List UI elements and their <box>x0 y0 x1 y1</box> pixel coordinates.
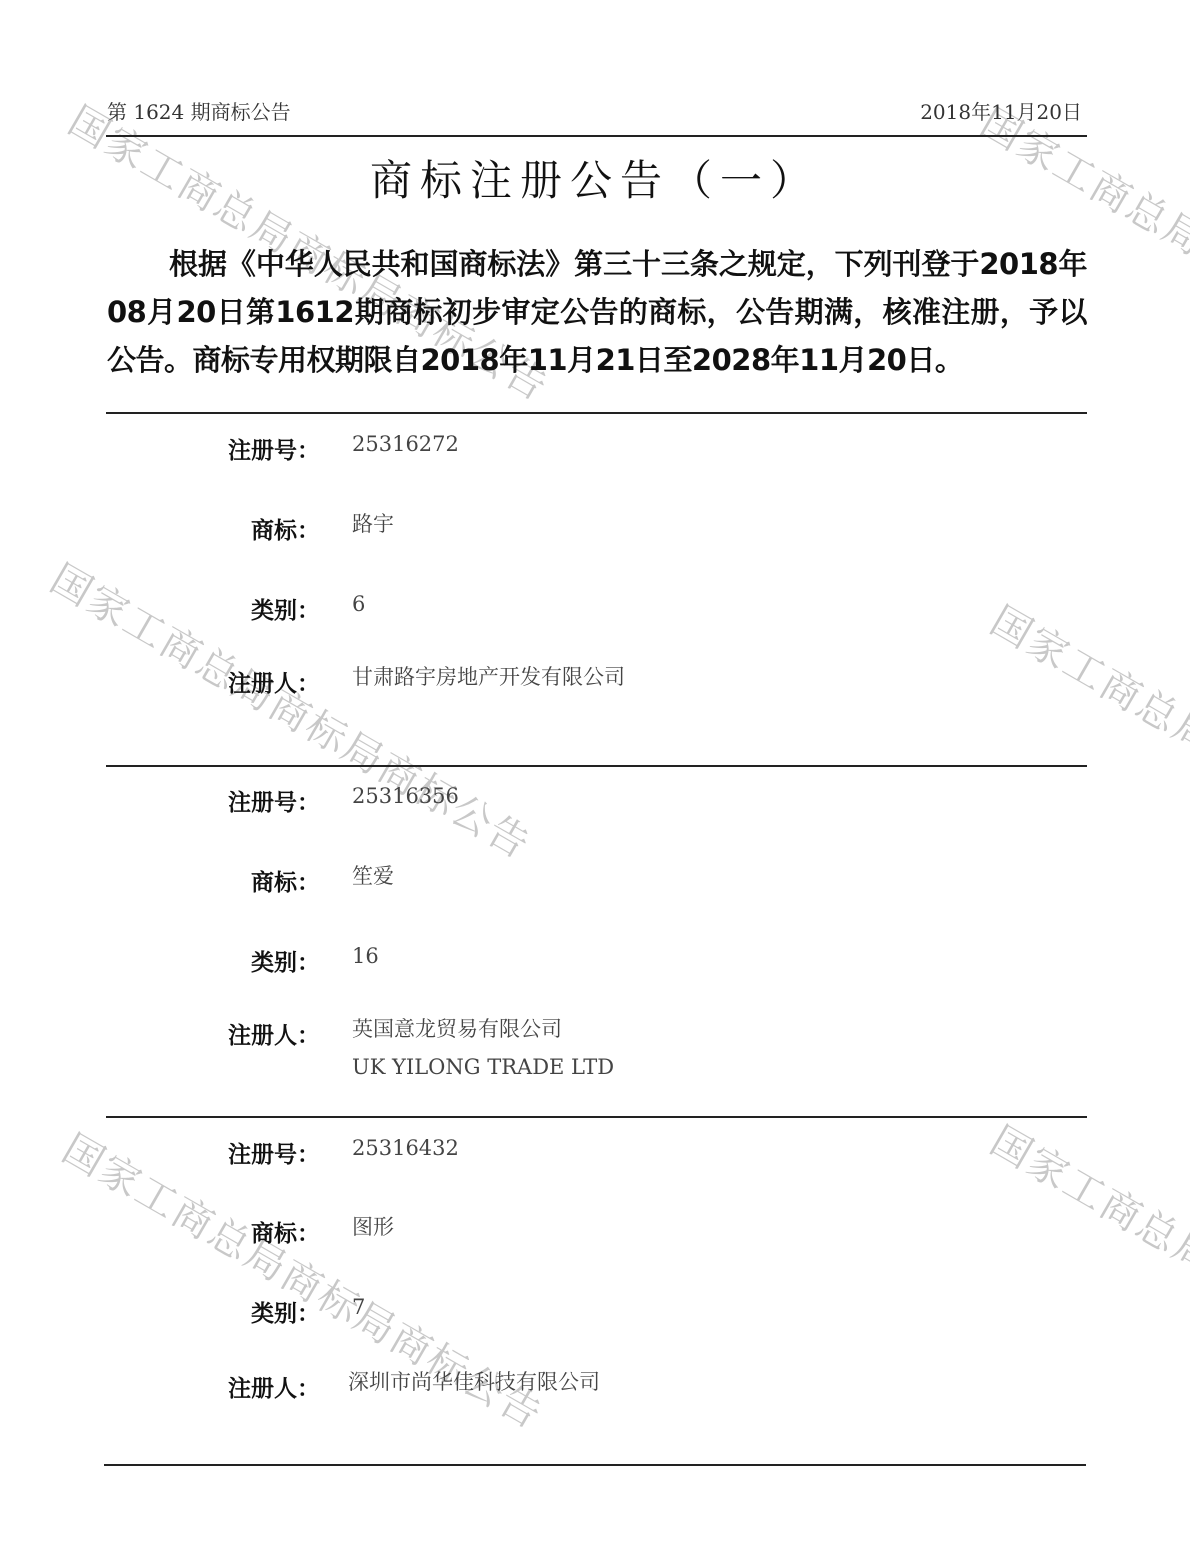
registrant-label: 注册人： <box>228 665 320 698</box>
class-label: 类别： <box>251 592 320 625</box>
mark-value: 笙爱 <box>352 858 394 894</box>
mark-label: 商标： <box>251 864 320 897</box>
class-label: 类别： <box>251 944 320 977</box>
class-value: 16 <box>352 938 379 974</box>
registrant-en-value: UK YILONG TRADE LTD <box>352 1049 614 1085</box>
class-value: 6 <box>352 586 365 622</box>
reg-no-value: 25316432 <box>352 1130 459 1166</box>
reg-no-value: 25316356 <box>352 778 459 814</box>
reg-no-value: 25316272 <box>352 426 459 462</box>
mark-value: 图形 <box>352 1209 394 1245</box>
header-divider <box>106 135 1087 137</box>
reg-no-label: 注册号： <box>228 1136 320 1169</box>
publication-date: 2018年11月20日 <box>920 96 1082 125</box>
registrant-label: 注册人： <box>228 1017 320 1050</box>
reg-no-label: 注册号： <box>228 784 320 817</box>
record-divider <box>104 1464 1086 1466</box>
record-divider <box>106 1116 1087 1118</box>
registrant-value: 英国意龙贸易有限公司 <box>352 1011 562 1047</box>
mark-label: 商标： <box>251 512 320 545</box>
registrant-value: 甘肃路宇房地产开发有限公司 <box>352 659 625 695</box>
class-label: 类别： <box>251 1295 320 1328</box>
issue-number: 第 1624 期商标公告 <box>107 96 291 125</box>
watermark: 国家工商总局商标局商标公告 <box>982 1110 1190 1432</box>
intro-paragraph: 根据《中华人民共和国商标法》第三十三条之规定，下列刊登于2018年08月20日第… <box>107 240 1087 384</box>
registrant-value: 深圳市尚华佳科技有限公司 <box>348 1364 600 1400</box>
reg-no-label: 注册号： <box>228 432 320 465</box>
page-title: 商标注册公告（一） <box>0 148 1190 208</box>
mark-label: 商标： <box>251 1215 320 1248</box>
watermark: 国家工商总局商标局商标公告 <box>982 590 1190 912</box>
record-divider <box>106 765 1087 767</box>
class-value: 7 <box>352 1289 365 1325</box>
record-divider <box>106 412 1087 414</box>
mark-value: 路宇 <box>352 506 394 542</box>
registrant-label: 注册人： <box>228 1370 320 1403</box>
